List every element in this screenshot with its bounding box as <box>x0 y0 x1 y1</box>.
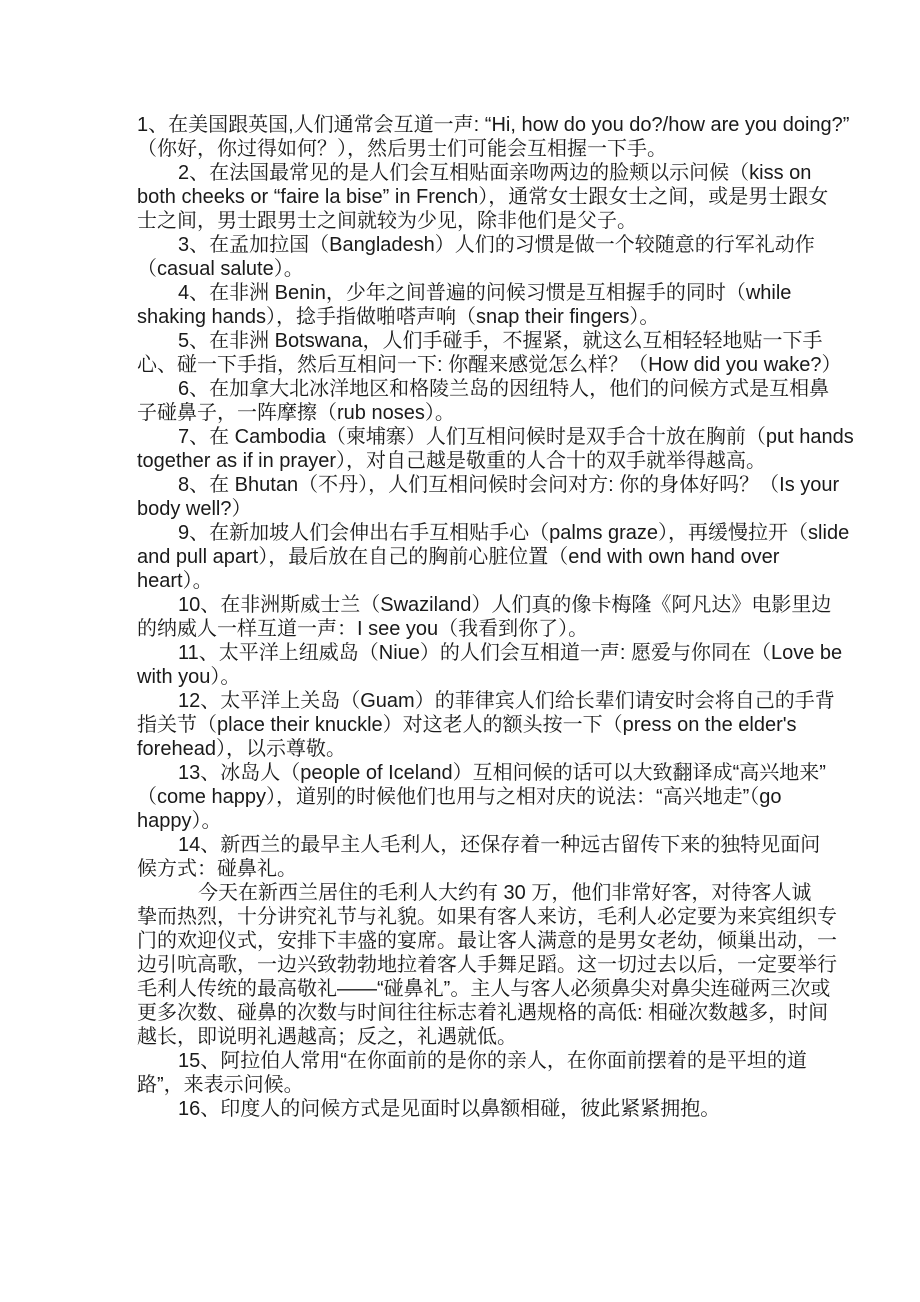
text-line: 15、阿拉伯人常用“在你面前的是你的亲人，在你面前摆着的是平坦的道 <box>137 1049 827 1073</box>
text-line: 3、在孟加拉国（Bangladesh）人们的习惯是做一个较随意的行军礼动作 <box>137 233 827 257</box>
text-line: 子碰鼻子，一阵摩擦（rub noses）。 <box>137 401 827 425</box>
text-line: 指关节（place their knuckle）对这老人的额头按一下（press… <box>137 713 827 737</box>
text-line: 5、在非洲 Botswana，人们手碰手，不握紧，就这么互相轻轻地贴一下手 <box>137 329 827 353</box>
text-line: together as if in prayer），对自己越是敬重的人合十的双手… <box>137 449 827 473</box>
text-line: 挚而热烈，十分讲究礼节与礼貌。如果有客人来访，毛利人必定要为来宾组织专 <box>137 905 827 929</box>
text-line: 14、新西兰的最早主人毛利人，还保存着一种远古留传下来的独特见面问 <box>137 833 827 857</box>
text-line: 心、碰一下手指，然后互相问一下: 你醒来感觉怎么样？（How did you w… <box>137 353 827 377</box>
text-line: 2、在法国最常见的是人们会互相贴面亲吻两边的脸颊以示问候（kiss on <box>137 161 827 185</box>
text-line: 越长，即说明礼遇越高；反之，礼遇就低。 <box>137 1025 827 1049</box>
text-line: and pull apart），最后放在自己的胸前心脏位置（end with o… <box>137 545 827 569</box>
text-line: （come happy），道别的时候他们也用与之相对庆的说法：“高兴地走”（go <box>137 785 827 809</box>
text-line: 13、冰岛人（people of Iceland）互相问候的话可以大致翻译成“高… <box>137 761 827 785</box>
text-line: 1、在美国跟英国,人们通常会互道一声: “Hi, how do you do?/… <box>137 113 827 137</box>
text-line: with you）。 <box>137 665 827 689</box>
text-line: 9、在新加坡人们会伸出右手互相贴手心（palms graze），再缓慢拉开（sl… <box>137 521 827 545</box>
text-line: happy）。 <box>137 809 827 833</box>
document-page: 1、在美国跟英国,人们通常会互道一声: “Hi, how do you do?/… <box>137 113 827 1121</box>
text-line: 更多次数、碰鼻的次数与时间往往标志着礼遇规格的高低: 相碰次数越多，时间 <box>137 1001 827 1025</box>
text-line: 边引吭高歌，一边兴致勃勃地拉着客人手舞足蹈。这一切过去以后，一定要举行 <box>137 953 827 977</box>
text-line: 门的欢迎仪式，安排下丰盛的宴席。最让客人满意的是男女老幼，倾巢出动，一 <box>137 929 827 953</box>
text-line: 候方式：碰鼻礼。 <box>137 857 827 881</box>
text-line: 今天在新西兰居住的毛利人大约有 30 万，他们非常好客，对待客人诚 <box>137 881 827 905</box>
text-line: 16、印度人的问候方式是见面时以鼻额相碰，彼此紧紧拥抱。 <box>137 1097 827 1121</box>
text-line: 的纳威人一样互道一声：I see you（我看到你了）。 <box>137 617 827 641</box>
text-line: both cheeks or “faire la bise” in French… <box>137 185 827 209</box>
text-line: 路”，来表示问候。 <box>137 1073 827 1097</box>
text-line: 8、在 Bhutan（不丹），人们互相问候时会问对方: 你的身体好吗？（Is y… <box>137 473 827 497</box>
text-line: 6、在加拿大北冰洋地区和格陵兰岛的因纽特人，他们的问候方式是互相鼻 <box>137 377 827 401</box>
text-line: 4、在非洲 Benin，少年之间普遍的问候习惯是互相握手的同时（while <box>137 281 827 305</box>
text-line: 士之间，男士跟男士之间就较为少见，除非他们是父子。 <box>137 209 827 233</box>
text-line: 7、在 Cambodia（柬埔寨）人们互相问候时是双手合十放在胸前（put ha… <box>137 425 827 449</box>
text-line: heart）。 <box>137 569 827 593</box>
text-line: forehead），以示尊敬。 <box>137 737 827 761</box>
text-line: shaking hands），捻手指做啪嗒声响（snap their finge… <box>137 305 827 329</box>
text-line: （你好，你过得如何？），然后男士们可能会互相握一下手。 <box>137 137 827 161</box>
text-line: 11、太平洋上纽威岛（Niue）的人们会互相道一声: 愿爱与你同在（Love b… <box>137 641 827 665</box>
text-line: 10、在非洲斯威士兰（Swaziland）人们真的像卡梅隆《阿凡达》电影里边 <box>137 593 827 617</box>
text-line: 毛利人传统的最高敬礼——“碰鼻礼”。主人与客人必须鼻尖对鼻尖连碰两三次或 <box>137 977 827 1001</box>
text-line: body well?） <box>137 497 827 521</box>
text-line: 12、太平洋上关岛（Guam）的菲律宾人们给长辈们请安时会将自己的手背 <box>137 689 827 713</box>
text-line: （casual salute）。 <box>137 257 827 281</box>
